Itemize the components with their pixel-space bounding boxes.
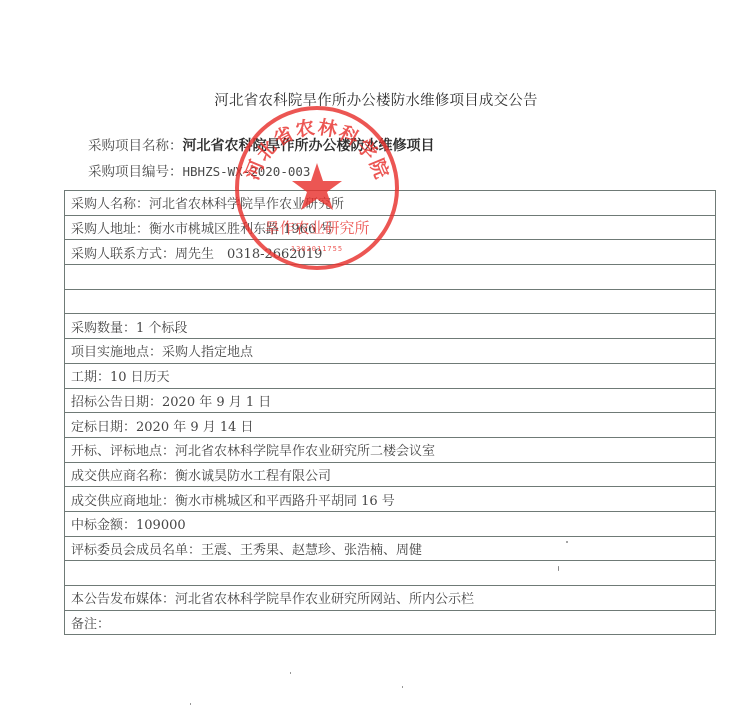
table-row: 定标日期：2020 年 9 月 14 日 xyxy=(65,413,716,438)
project-code-value: HBHZS-WX-2020-003 xyxy=(183,164,311,179)
scan-speck xyxy=(190,703,191,705)
table-row: 工期：10 日历天 xyxy=(65,363,716,388)
project-name-value: 河北省农科院旱作所办公楼防水维修项目 xyxy=(183,138,435,154)
table-row: 招标公告日期：2020 年 9 月 1 日 xyxy=(65,388,716,413)
project-name-line: 采购项目名称：河北省农科院旱作所办公楼防水维修项目 xyxy=(88,134,435,155)
table-row: 采购人联系方式：周先生 0318-2662019 xyxy=(65,240,716,265)
table-row xyxy=(65,265,716,290)
table-row: 采购数量：1 个标段 xyxy=(65,314,716,339)
project-code-line: 采购项目编号：HBHZS-WX-2020-003 xyxy=(88,160,310,180)
table-row: 采购人名称：河北省农林科学院旱作农业研究所 xyxy=(65,191,716,216)
table-row: 中标金额：109000 xyxy=(65,511,716,536)
table-row: 本公告发布媒体：河北省农林科学院旱作农业研究所网站、所内公示栏 xyxy=(65,586,716,611)
table-cell: 中标金额：109000 xyxy=(65,511,716,536)
scan-speck xyxy=(402,686,403,688)
scan-speck xyxy=(566,541,568,543)
table-row: 备注： xyxy=(65,610,716,635)
project-code-label: 采购项目编号： xyxy=(88,164,183,180)
table-cell: 采购人名称：河北省农林科学院旱作农业研究所 xyxy=(65,191,716,216)
table-cell xyxy=(65,265,716,290)
table-cell: 招标公告日期：2020 年 9 月 1 日 xyxy=(65,388,716,413)
scan-speck xyxy=(558,566,559,571)
table-row: 评标委员会成员名单：王震、王秀果、赵慧珍、张浩楠、周健 xyxy=(65,536,716,561)
project-name-label: 采购项目名称： xyxy=(88,138,183,154)
table-row xyxy=(65,289,716,314)
table-row: 项目实施地点：采购人指定地点 xyxy=(65,339,716,364)
table-row: 成交供应商地址：衡水市桃城区和平西路升平胡同 16 号 xyxy=(65,487,716,512)
table-cell: 定标日期：2020 年 9 月 14 日 xyxy=(65,413,716,438)
table-cell: 本公告发布媒体：河北省农林科学院旱作农业研究所网站、所内公示栏 xyxy=(65,586,716,611)
table-cell: 开标、评标地点：河北省农林科学院旱作农业研究所二楼会议室 xyxy=(65,437,716,462)
table-cell: 项目实施地点：采购人指定地点 xyxy=(65,339,716,364)
table-cell: 备注： xyxy=(65,610,716,635)
table-cell: 采购数量：1 个标段 xyxy=(65,314,716,339)
table-row: 采购人地址：衡水市桃城区胜利东路 1966 号 xyxy=(65,215,716,240)
table-cell: 采购人地址：衡水市桃城区胜利东路 1966 号 xyxy=(65,215,716,240)
table-cell: 成交供应商名称：衡水诚昊防水工程有限公司 xyxy=(65,462,716,487)
table-row: 开标、评标地点：河北省农林科学院旱作农业研究所二楼会议室 xyxy=(65,437,716,462)
table-row xyxy=(65,561,716,586)
table-cell xyxy=(65,561,716,586)
notice-table: 采购人名称：河北省农林科学院旱作农业研究所采购人地址：衡水市桃城区胜利东路 19… xyxy=(64,190,716,635)
table-cell: 工期：10 日历天 xyxy=(65,363,716,388)
scan-speck xyxy=(290,672,291,674)
table-row: 成交供应商名称：衡水诚昊防水工程有限公司 xyxy=(65,462,716,487)
table-cell: 成交供应商地址：衡水市桃城区和平西路升平胡同 16 号 xyxy=(65,487,716,512)
table-cell: 评标委员会成员名单：王震、王秀果、赵慧珍、张浩楠、周健 xyxy=(65,536,716,561)
page-title: 河北省农科院旱作所办公楼防水维修项目成交公告 xyxy=(0,89,752,110)
table-cell xyxy=(65,289,716,314)
table-cell: 采购人联系方式：周先生 0318-2662019 xyxy=(65,240,716,265)
